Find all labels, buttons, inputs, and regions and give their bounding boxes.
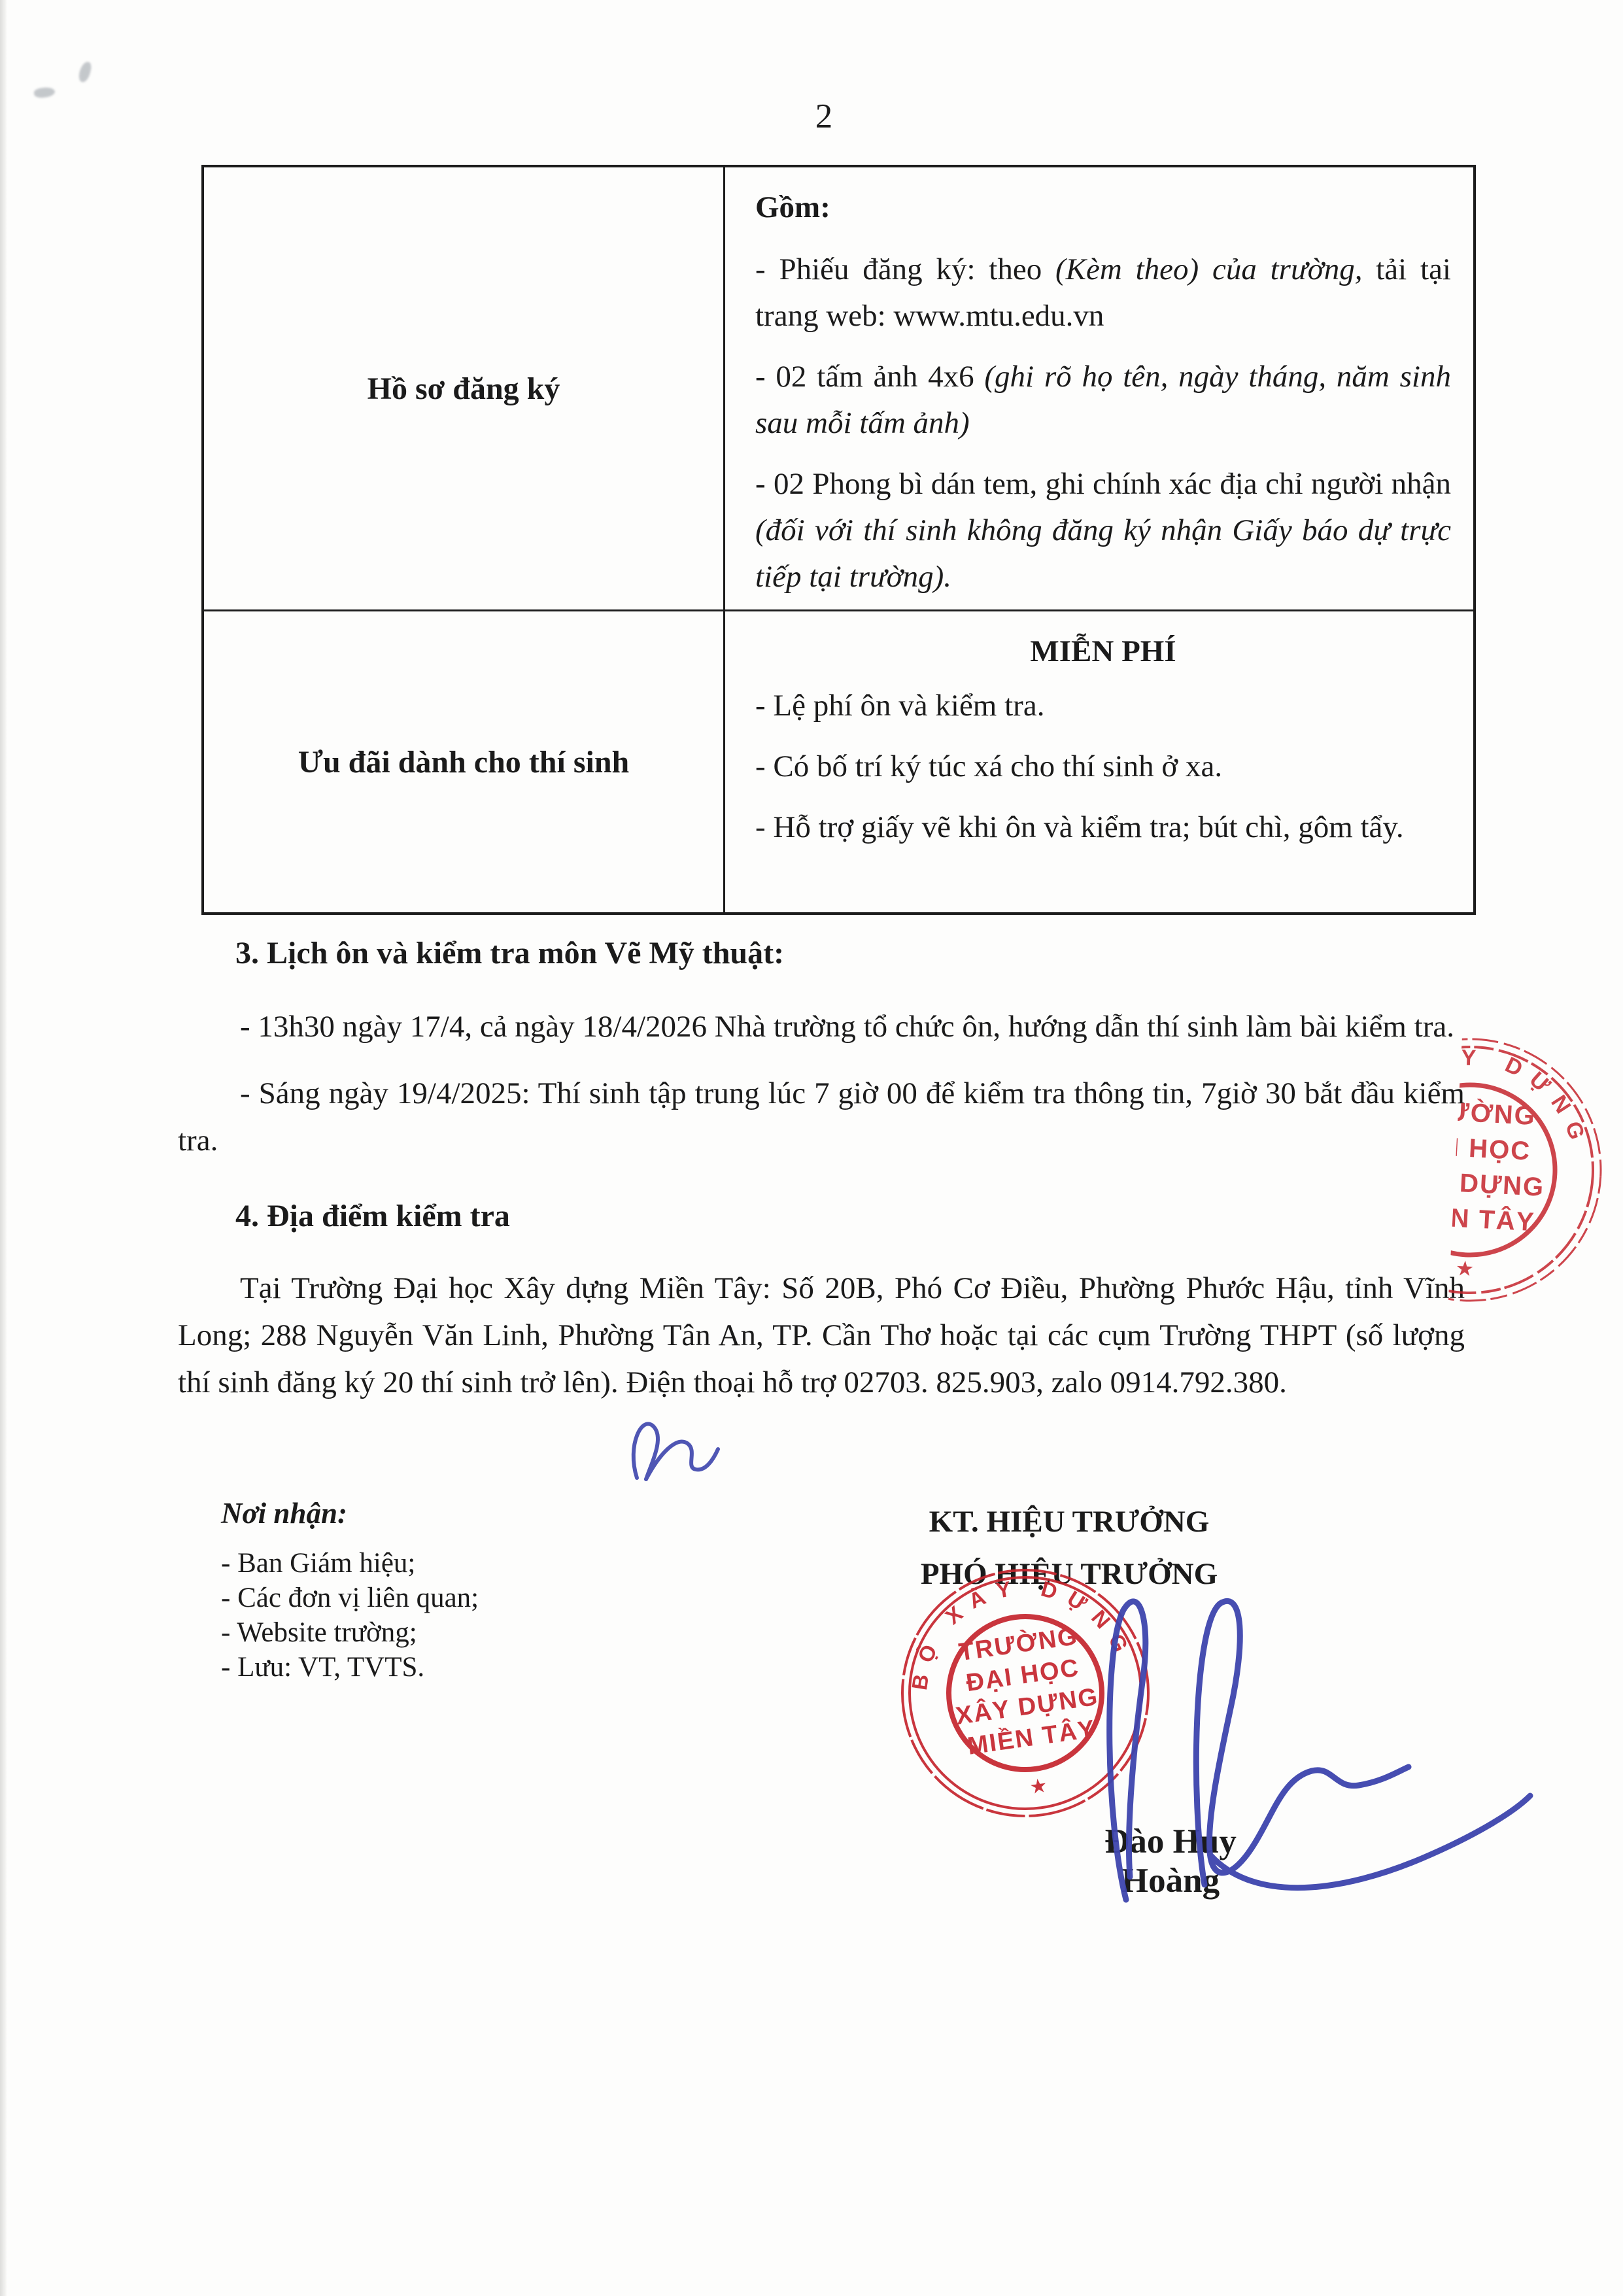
page-number: 2 <box>785 97 863 136</box>
recipients-title: Nơi nhận: <box>221 1496 679 1530</box>
recipients-block: Nơi nhận: - Ban Giám hiệu; - Các đơn vị … <box>221 1496 679 1685</box>
section-4-paragraph: Tại Trường Đại học Xây dựng Miền Tây: Số… <box>178 1265 1465 1406</box>
list-item: - 02 Phong bì dán tem, ghi chính xác địa… <box>755 461 1451 600</box>
document-page: 2 Hồ sơ đăng ký Gồm: - Phiếu đăng ký: th… <box>0 0 1623 2296</box>
cell-heading: MIỄN PHÍ <box>755 628 1451 675</box>
scan-speck <box>33 86 56 99</box>
table-row-content: Gồm: - Phiếu đăng ký: theo (Kèm theo) củ… <box>725 167 1473 609</box>
section-4-heading: 4. Địa điểm kiểm tra <box>178 1193 1465 1240</box>
section-3-heading: 3. Lịch ôn và kiểm tra môn Vẽ Mỹ thuật: <box>178 930 1465 977</box>
table-row-label: Hồ sơ đăng ký <box>204 167 725 609</box>
body-sections: 3. Lịch ôn và kiểm tra môn Vẽ Mỹ thuật: … <box>178 930 1465 1406</box>
signature-title-line1: KT. HIỆU TRƯỞNG <box>772 1503 1367 1541</box>
list-item: - 02 tấm ảnh 4x6 (ghi rõ họ tên, ngày th… <box>755 354 1451 447</box>
list-item: - Phiếu đăng ký: theo (Kèm theo) của trư… <box>755 247 1451 339</box>
list-item: - Hỗ trợ giấy vẽ khi ôn và kiểm tra; bút… <box>755 804 1451 851</box>
scan-edge-shadow <box>0 0 7 2296</box>
recipient-item: - Website trường; <box>221 1615 679 1650</box>
stamp-star-icon: ★ <box>1455 1256 1475 1280</box>
section-3-paragraph-1: - 13h30 ngày 17/4, cả ngày 18/4/2026 Nhà… <box>178 1003 1465 1050</box>
recipient-item: - Ban Giám hiệu; <box>221 1546 679 1581</box>
registration-table: Hồ sơ đăng ký Gồm: - Phiếu đăng ký: theo… <box>201 165 1476 915</box>
section-3-paragraph-2: - Sáng ngày 19/4/2025: Thí sinh tập trun… <box>178 1070 1465 1164</box>
handwritten-signature <box>974 1563 1550 1919</box>
table-row-label: Ưu đãi dành cho thí sinh <box>204 609 725 912</box>
table-row-content: MIỄN PHÍ - Lệ phí ôn và kiểm tra. - Có b… <box>725 609 1473 912</box>
recipient-item: - Lưu: VT, TVTS. <box>221 1650 679 1685</box>
list-item: - Có bố trí ký túc xá cho thí sinh ở xa. <box>755 744 1451 790</box>
handwritten-initials <box>613 1398 728 1493</box>
scan-speck <box>77 61 92 84</box>
recipient-item: - Các đơn vị liên quan; <box>221 1581 679 1615</box>
cell-heading: Gồm: <box>755 184 1451 231</box>
list-item: - Lệ phí ôn và kiểm tra. <box>755 683 1451 729</box>
